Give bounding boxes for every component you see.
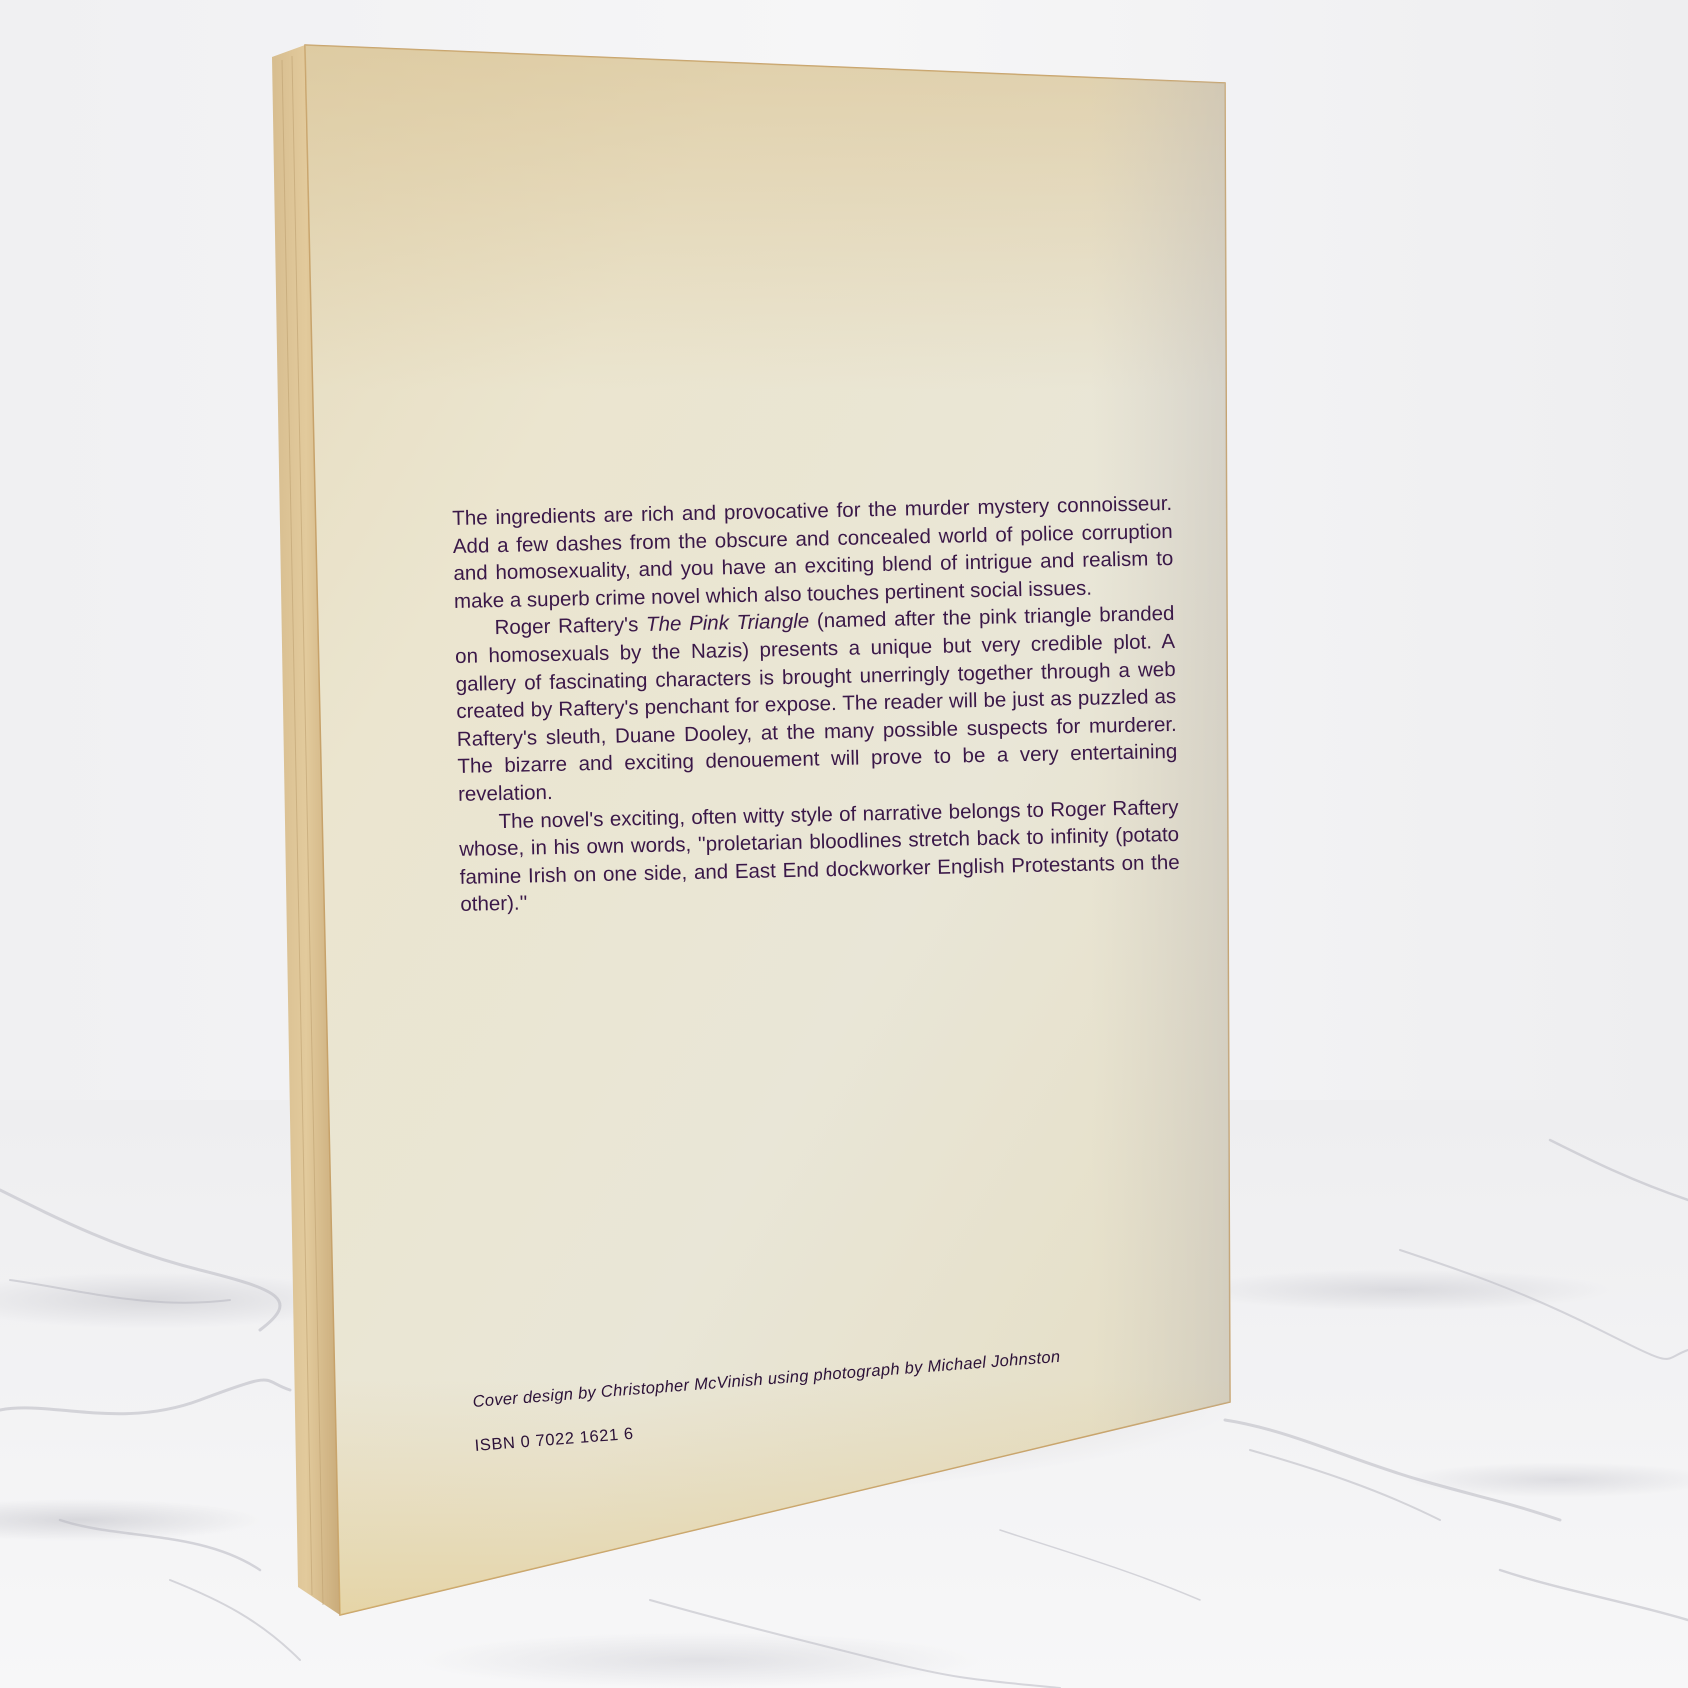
blurb: The ingredients are rich and provocative… xyxy=(452,490,1181,919)
blurb-paragraph-1: The ingredients are rich and provocative… xyxy=(452,490,1174,615)
book-title: The Pink Triangle xyxy=(646,610,810,636)
blurb-paragraph-3: The novel's exciting, often witty style … xyxy=(458,793,1180,918)
blurb-paragraph-2: Roger Raftery's The Pink Triangle (named… xyxy=(454,600,1178,808)
